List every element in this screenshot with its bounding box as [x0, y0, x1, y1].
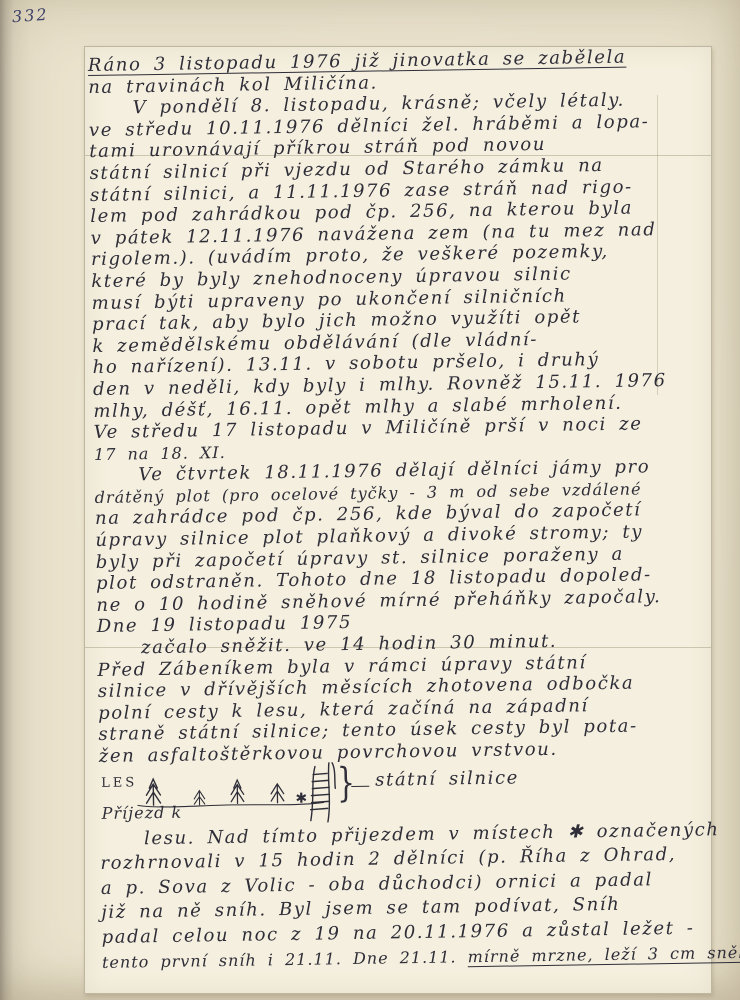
road-forest-sketch: LES: [99, 762, 708, 826]
pasted-sheet: Ráno 3 listopadu 1976 již jinovatka se z…: [84, 46, 712, 994]
page-number: 332: [11, 5, 49, 27]
forest-label: LES: [101, 775, 137, 791]
road-drawing: [310, 762, 336, 822]
handwriting-block: Ráno 3 listopadu 1976 již jinovatka se z…: [88, 46, 710, 976]
last-line-prefix: tento první sníh i 21.11. Dne 21.11.: [102, 947, 468, 972]
road-label: státní silnice: [375, 767, 519, 790]
underlined-phrase: mírně mrzne, leží 3 cm sněhu.: [467, 942, 740, 966]
bottom-paragraph: lesu. Nad tímto přijezdem v místech ✱ oz…: [100, 818, 710, 975]
chronicle-page: 332 Ráno 3 listopadu 1976 již jinovatka …: [0, 0, 740, 1000]
approach-label: Příjezd k: [102, 802, 183, 822]
star-marker: ✱: [295, 790, 307, 806]
brace-glyph: }: [337, 760, 356, 806]
